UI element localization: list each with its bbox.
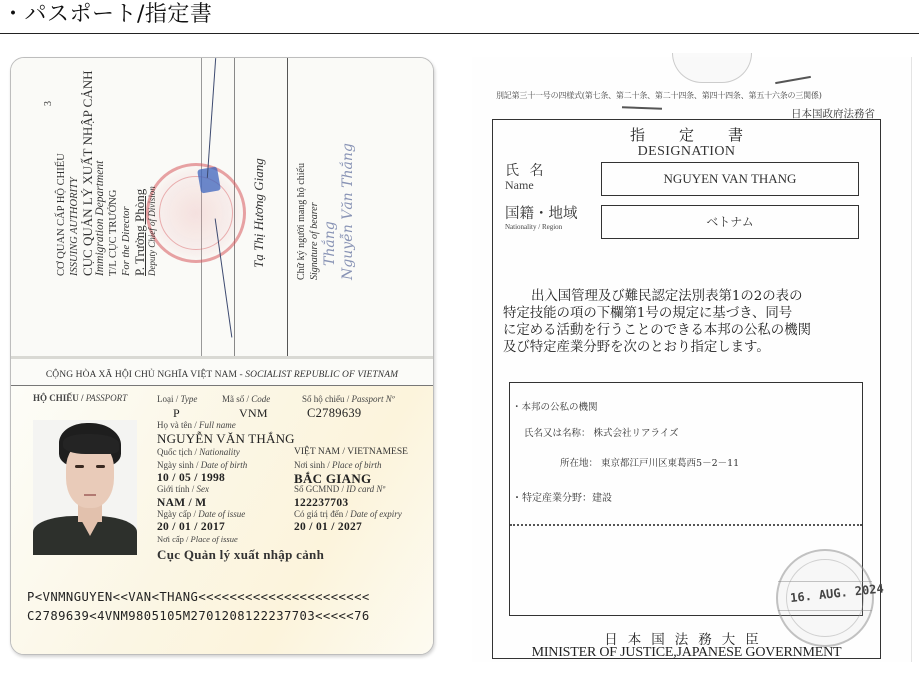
title-jp: 指定書 bbox=[493, 124, 880, 145]
passport-fold bbox=[11, 356, 433, 359]
sex-label: Giới tính / Sex bbox=[157, 484, 209, 494]
name-label-jp: 氏 名 bbox=[505, 160, 546, 180]
id-card-value: 122237703 bbox=[294, 497, 348, 509]
industry-value: 建設 bbox=[592, 493, 612, 504]
mrz-line-1: P<VNMNGUYEN<<VAN<THANG<<<<<<<<<<<<<<<<<<… bbox=[27, 590, 370, 604]
mrz-line-2: C2789639<4VNM9805105M2701208122237703<<<… bbox=[27, 609, 370, 623]
pen-mark bbox=[622, 106, 662, 109]
signatory-name: Tạ Thị Hương Giang bbox=[251, 158, 267, 268]
type-label: Loại / Type bbox=[157, 394, 197, 404]
designation-scan: 別記第三十一号の四様式(第七条、第二十条、第二十四条、第四十四条、第五十六条の三… bbox=[472, 57, 912, 662]
nationality-value: ベトナム bbox=[601, 205, 859, 239]
authority-line: T/L CỤC TRƯỞNG bbox=[107, 71, 120, 276]
date-of-issue-value: 20 / 01 / 2017 bbox=[157, 521, 225, 533]
organization-address-label: 所在地： bbox=[560, 458, 598, 469]
date-of-expiry-value: 20 / 01 / 2027 bbox=[294, 521, 362, 533]
paragraph-line: 及び特定産業分野を次のとおり指定します。 bbox=[503, 339, 873, 356]
bearer-signature-label: Chữ ký người mang hộ chiếu bbox=[295, 143, 308, 280]
doc-label-vi: HỘ CHIẾU / bbox=[33, 393, 86, 403]
place-of-issue-value: Cục Quản lý xuất nhập cảnh bbox=[157, 547, 324, 563]
authority-line: P. Trưởng Phòng bbox=[133, 71, 146, 276]
doc-label-en: PASSPORT bbox=[86, 393, 127, 403]
paragraph-line: 出入国管理及び難民認定法別表第1の2の表の bbox=[503, 288, 873, 305]
nationality-label-jp: 国籍・地域 bbox=[505, 202, 578, 223]
full-name-value: NGUYỄN VĂN THẮNG bbox=[157, 431, 295, 447]
minister-title-en: MINISTER OF JUSTICE,JAPANESE GOVERNMENT bbox=[493, 645, 880, 661]
date-of-birth-label: Ngày sinh / Date of birth bbox=[157, 460, 247, 470]
paragraph-line: 特定技能の項の下欄第1号の規定に基づき、同号 bbox=[503, 305, 873, 322]
authority-line: Deputy Chief of Division bbox=[146, 71, 159, 276]
type-value: P bbox=[173, 406, 180, 421]
nationality-label-en: Nationality / Region bbox=[505, 223, 562, 231]
handwritten-signature: Thắng bbox=[321, 143, 339, 280]
passport-country-header: CỘNG HÒA XÃ HỘI CHỦ NGHĨA VIỆT NAM - SOC… bbox=[11, 370, 433, 380]
page-rule bbox=[287, 58, 288, 356]
id-card-label: Số GCMND / ID card Nº bbox=[294, 484, 385, 494]
designation-paragraph: 出入国管理及び難民認定法別表第1の2の表の 特定技能の項の下欄第1号の規定に基づ… bbox=[503, 288, 873, 356]
country-name-vi: CỘNG HÒA XÃ HỘI CHỦ NGHĨA VIỆT NAM - bbox=[46, 370, 245, 380]
passport-number-value: C2789639 bbox=[307, 406, 362, 421]
pen-mark bbox=[775, 76, 811, 84]
date-of-expiry-label: Có giá trị đến / Date of expiry bbox=[294, 509, 402, 519]
date-of-issue-label: Ngày cấp / Date of issue bbox=[157, 509, 245, 519]
organization-heading: ・本邦の公私の機関 bbox=[512, 399, 598, 413]
industry-label: ・特定産業分野： bbox=[512, 493, 592, 504]
place-of-birth-label: Nơi sinh / Place of birth bbox=[294, 460, 382, 470]
name-label-en: Name bbox=[505, 178, 534, 193]
industry-row: ・特定産業分野：建設 bbox=[512, 489, 612, 504]
code-label: Mã số / Code bbox=[222, 394, 270, 404]
heading-divider bbox=[0, 33, 919, 34]
bearer-signature-block: Chữ ký người mang hộ chiếu Signature of … bbox=[295, 143, 357, 280]
section-heading: ・パスポート/指定書 bbox=[0, 0, 919, 34]
authority-line: CỤC QUẢN LÝ XUẤT NHẬP CẢNH bbox=[81, 71, 94, 276]
date-of-birth-value: 10 / 05 / 1998 bbox=[157, 472, 225, 484]
issuing-authority-block: CƠ QUAN CẤP HỘ CHIẾU ISSUING AUTHORITY C… bbox=[55, 71, 159, 276]
form-reference: 別記第三十一号の四様式(第七条、第二十条、第二十四条、第四十四条、第五十六条の三… bbox=[496, 90, 822, 101]
organization-address-row: 所在地： 東京都江戸川区東葛西5－2－11 bbox=[560, 455, 739, 469]
organization-name-row: 氏名又は名称： 株式会社リアライズ bbox=[524, 425, 679, 439]
dotted-separator bbox=[510, 524, 862, 526]
designation-frame: 指定書 DESIGNATION 氏 名 Name NGUYEN VAN THAN… bbox=[492, 119, 881, 659]
ink-signature-mark bbox=[197, 166, 221, 193]
holder-photo bbox=[33, 420, 137, 555]
authority-line: Immigration Department bbox=[94, 71, 107, 276]
organization-name-value: 株式会社リアライズ bbox=[594, 428, 679, 439]
official-seal bbox=[146, 163, 246, 263]
title-en: DESIGNATION bbox=[493, 144, 880, 160]
code-value: VNM bbox=[239, 406, 268, 421]
authority-line: CƠ QUAN CẤP HỘ CHIẾU bbox=[55, 71, 68, 276]
name-value: NGUYEN VAN THANG bbox=[601, 162, 859, 196]
organization-address-value: 東京都江戸川区東葛西5－2－11 bbox=[601, 458, 739, 469]
faint-stamp bbox=[672, 53, 752, 83]
full-name-label: Họ và tên / Full name bbox=[157, 420, 236, 430]
passport-number-label: Số hộ chiếu / Passport Nº bbox=[302, 394, 395, 404]
bearer-signature-label-en: Signature of bearer bbox=[308, 143, 321, 280]
nationality-value: VIỆT NAM / VIETNAMESE bbox=[294, 447, 408, 457]
page-number: 3 bbox=[43, 101, 54, 106]
paragraph-line: に定める活動を行うことのできる本邦の公私の機関 bbox=[503, 322, 873, 339]
nationality-label: Quốc tịch / Nationality bbox=[157, 447, 240, 457]
sex-value: NAM / M bbox=[157, 497, 206, 509]
country-name-en: SOCIALIST REPUBLIC OF VIETNAM bbox=[245, 370, 398, 380]
organization-name-label: 氏名又は名称： bbox=[524, 428, 591, 439]
designation-details-box: ・本邦の公私の機関 氏名又は名称： 株式会社リアライズ 所在地： 東京都江戸川区… bbox=[509, 382, 863, 616]
passport-scan: 3 CƠ QUAN CẤP HỘ CHIẾU ISSUING AUTHORITY… bbox=[10, 57, 434, 655]
place-of-issue-label: Nơi cấp / Place of issue bbox=[157, 534, 238, 544]
document-type-label: HỘ CHIẾU / PASSPORT bbox=[33, 393, 127, 403]
handwritten-signature: Nguyễn Văn Thắng bbox=[339, 143, 357, 280]
